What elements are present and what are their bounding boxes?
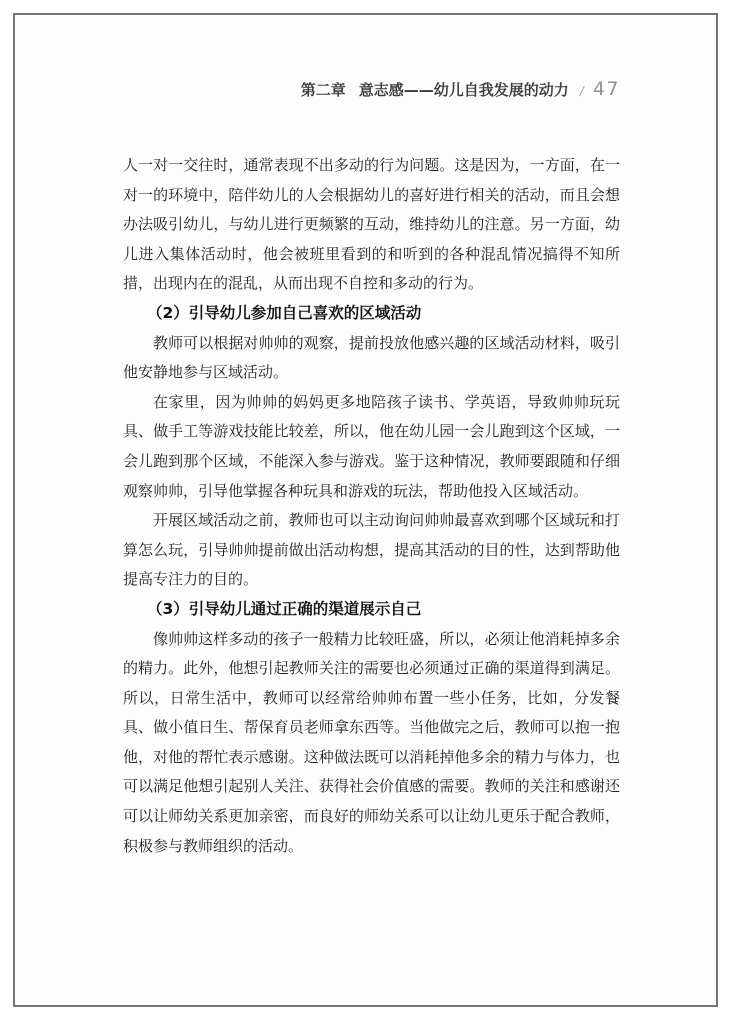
- body-paragraph: 开展区域活动之前，教师也可以主动询问帅帅最喜欢到哪个区域玩和打算怎么玩，引导帅帅…: [123, 506, 620, 595]
- chapter-title: 意志感——幼儿自我发展的动力: [359, 81, 569, 99]
- scanned-book-page-background: { "page": { "header": { "chapter": "第二章"…: [0, 0, 730, 1020]
- body-paragraph: 像帅帅这样多动的孩子一般精力比较旺盛，所以，必须让他消耗掉多余的精力。此外，他想…: [123, 625, 620, 862]
- section-heading: （3）引导幼儿通过正确的渠道展示自己: [123, 595, 620, 625]
- body-content: 人一对一交往时，通常表现不出多动的行为问题。这是因为，一方面，在一对一的环境中，…: [123, 151, 620, 861]
- body-paragraph: 在家里，因为帅帅的妈妈更多地陪孩子读书、学英语，导致帅帅玩玩具、做手工等游戏技能…: [123, 388, 620, 506]
- body-paragraph: 人一对一交往时，通常表现不出多动的行为问题。这是因为，一方面，在一对一的环境中，…: [123, 151, 620, 299]
- chapter-label: 第二章: [301, 81, 346, 99]
- header-separator: /: [580, 84, 584, 98]
- page-header: 第二章意志感——幼儿自我发展的动力/47: [123, 78, 620, 100]
- page-number: 47: [593, 78, 620, 100]
- body-paragraph: 教师可以根据对帅帅的观察，提前投放他感兴趣的区域活动材料，吸引他安静地参与区域活…: [123, 329, 620, 388]
- book-page: 第二章意志感——幼儿自我发展的动力/47 人一对一交往时，通常表现不出多动的行为…: [13, 13, 718, 1007]
- section-heading: （2）引导幼儿参加自己喜欢的区域活动: [123, 299, 620, 329]
